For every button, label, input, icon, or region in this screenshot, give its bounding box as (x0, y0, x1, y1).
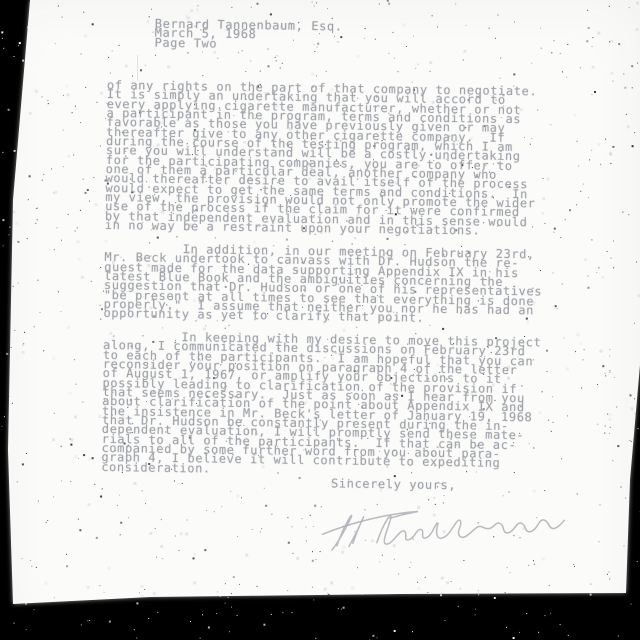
letter-paragraph-3: In keeping with my desire to move this p… (101, 332, 541, 479)
letter-page-wrap: Bernard Tannenbaum, Esq. March 5, 1968 P… (0, 0, 640, 640)
letter-header: Bernard Tannenbaum, Esq. March 5, 1968 P… (154, 20, 342, 51)
typed-content: Bernard Tannenbaum, Esq. March 5, 1968 P… (0, 0, 640, 640)
scan-background: Bernard Tannenbaum, Esq. March 5, 1968 P… (0, 0, 640, 640)
signature-handwriting (306, 491, 573, 563)
letter-paragraph-2: In addition, in our meeting on February … (103, 244, 542, 325)
paper-noise-speckles (0, 0, 1, 1)
letter-paragraph-1: of any rights on the part of that compan… (105, 81, 538, 237)
closing-salutation: Sincerely yours, (331, 479, 456, 490)
letter-page: Bernard Tannenbaum, Esq. March 5, 1968 P… (0, 0, 640, 640)
